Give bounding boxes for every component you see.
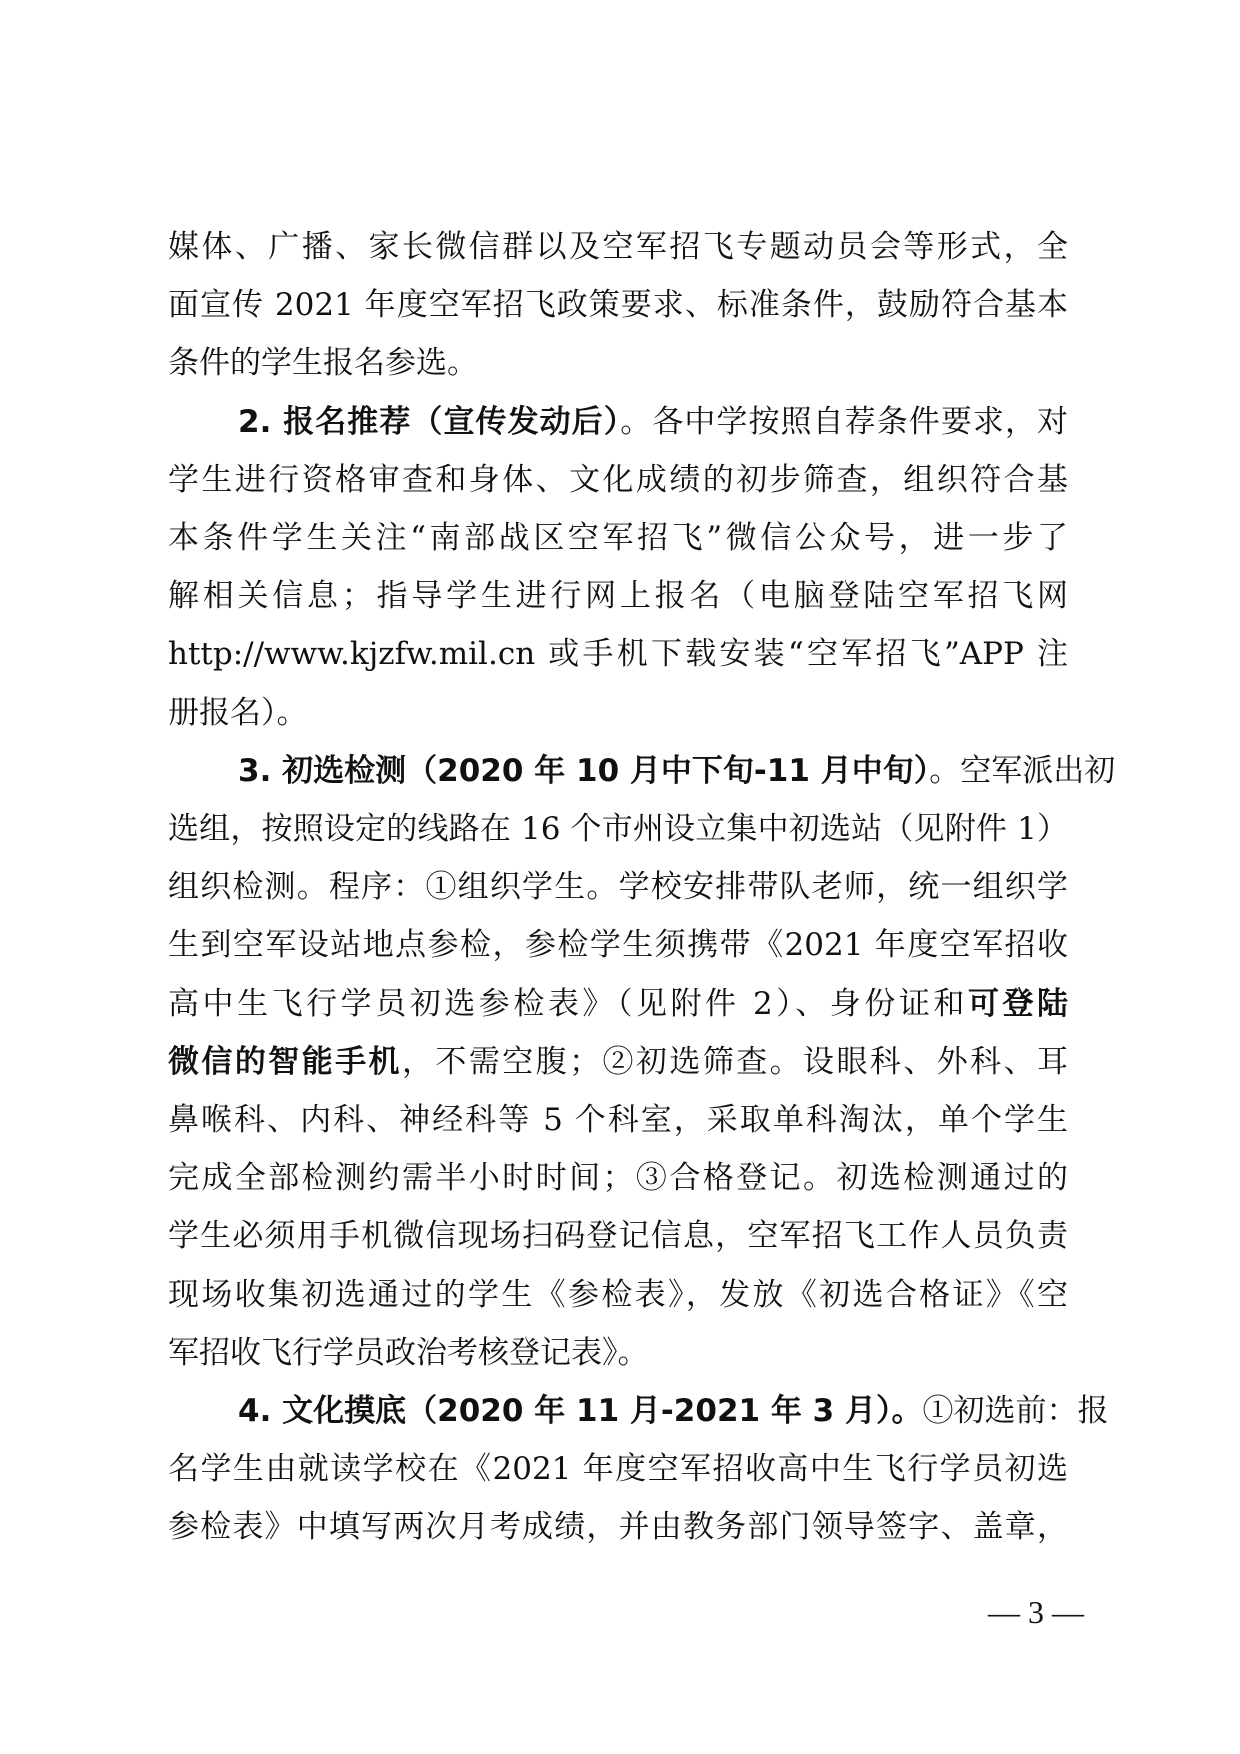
- text-line: 解相关信息；指导学生进行网上报名（电脑登陆空军招飞网: [168, 567, 1068, 625]
- body-text-span: 面宣传 2021 年度空军招飞政策要求、标准条件，鼓励符合基本: [168, 287, 1068, 323]
- paragraph-first-line: 3. 初选检测（2020 年 10 月中下旬-11 月中旬）。空军派出初: [238, 742, 1068, 800]
- text-line: 学生必须用手机微信现场扫码登记信息，空军招飞工作人员负责: [168, 1207, 1068, 1265]
- body-text-span: 高中生飞行学员初选参检表》（见附件 2）、身份证和: [168, 986, 968, 1022]
- body-text-span: 解相关信息；指导学生进行网上报名（电脑登陆空军招飞网: [168, 578, 1068, 614]
- body-text-span: 军招收飞行学员政治考核登记表》。: [168, 1335, 649, 1371]
- body-text-span: 完成全部检测约需半小时时间；③合格登记。初选检测通过的: [168, 1160, 1068, 1196]
- body-text-span: 学生进行资格审查和身体、文化成绩的初步筛查，组织符合基: [168, 462, 1068, 498]
- body-text-span: 名学生由就读学校在《2021 年度空军招收高中生飞行学员初选: [168, 1451, 1068, 1487]
- text-line: http://www.kjzfw.mil.cn 或手机下载安装“空军招飞”APP…: [168, 625, 1068, 683]
- body-text-span: 组织检测。程序：①组织学生。学校安排带队老师，统一组织学: [168, 869, 1068, 905]
- body-text-span: 学生必须用手机微信现场扫码登记信息，空军招飞工作人员负责: [168, 1218, 1068, 1254]
- text-line: 条件的学生报名参选。: [168, 334, 1068, 392]
- text-line: 完成全部检测约需半小时时间；③合格登记。初选检测通过的: [168, 1149, 1068, 1207]
- text-line: 高中生飞行学员初选参检表》（见附件 2）、身份证和可登陆: [168, 975, 1068, 1033]
- text-line: 选组，按照设定的线路在 16 个市州设立集中初选站（见附件 1）: [168, 800, 1068, 858]
- text-line: 媒体、广播、家长微信群以及空军招飞专题动员会等形式，全: [168, 218, 1068, 276]
- body-text-span: 条件的学生报名参选。: [168, 345, 478, 381]
- body-text-span: 鼻喉科、内科、神经科等 5 个科室，采取单科淘汰，单个学生: [168, 1102, 1068, 1138]
- body-text-span: 生到空军设站地点参检，参检学生须携带《2021 年度空军招收: [168, 927, 1068, 963]
- document-page: 媒体、广播、家长微信群以及空军招飞专题动员会等形式，全面宣传 2021 年度空军…: [0, 0, 1240, 1754]
- text-line: 微信的智能手机，不需空腹；②初选筛查。设眼科、外科、耳: [168, 1033, 1068, 1091]
- text-line: 军招收飞行学员政治考核登记表》。: [168, 1324, 1068, 1382]
- body-text-span: 。各中学按照自荐条件要求，对: [620, 404, 1068, 440]
- text-line: 参检表》中填写两次月考成绩，并由教务部门领导签字、盖章，: [168, 1498, 1068, 1556]
- paragraph-first-line: 2. 报名推荐（宣传发动后）。各中学按照自荐条件要求，对: [238, 393, 1068, 451]
- body-text-span: 本条件学生关注“南部战区空军招飞”微信公众号，进一步了: [168, 520, 1068, 556]
- body-text-span: http://www.kjzfw.mil.cn 或手机下载安装“空军招飞”APP…: [168, 636, 1068, 672]
- text-line: 学生进行资格审查和身体、文化成绩的初步筛查，组织符合基: [168, 451, 1068, 509]
- text-line: 本条件学生关注“南部战区空军招飞”微信公众号，进一步了: [168, 509, 1068, 567]
- paragraph-first-line: 4. 文化摸底（2020 年 11 月-2021 年 3 月）。①初选前：报: [238, 1382, 1068, 1440]
- text-line: 组织检测。程序：①组织学生。学校安排带队老师，统一组织学: [168, 858, 1068, 916]
- body-text-span: 现场收集初选通过的学生《参检表》，发放《初选合格证》《空: [168, 1277, 1068, 1313]
- bold-heading-text: 3. 初选检测（2020 年 10 月中下旬-11 月中旬）: [238, 753, 929, 789]
- bold-heading-text: 微信的智能手机: [168, 1044, 402, 1080]
- text-line: 册报名）。: [168, 684, 1068, 742]
- text-line: 面宣传 2021 年度空军招飞政策要求、标准条件，鼓励符合基本: [168, 276, 1068, 334]
- body-text-span: 参检表》中填写两次月考成绩，并由教务部门领导签字、盖章，: [168, 1509, 1068, 1545]
- body-text-span: 。空军派出初: [929, 753, 1115, 789]
- body-text-span: 选组，按照设定的线路在 16 个市州设立集中初选站（见附件 1）: [168, 811, 1068, 847]
- text-line: 鼻喉科、内科、神经科等 5 个科室，采取单科淘汰，单个学生: [168, 1091, 1068, 1149]
- text-line: 现场收集初选通过的学生《参检表》，发放《初选合格证》《空: [168, 1266, 1068, 1324]
- body-text-span: 册报名）。: [168, 695, 308, 731]
- bold-heading-text: 2. 报名推荐（宣传发动后）: [238, 404, 620, 440]
- text-line: 生到空军设站地点参检，参检学生须携带《2021 年度空军招收: [168, 916, 1068, 974]
- body-text-span: ①初选前：报: [923, 1393, 1109, 1429]
- page-number: — 3 —: [980, 1590, 1092, 1634]
- text-line: 名学生由就读学校在《2021 年度空军招收高中生飞行学员初选: [168, 1440, 1068, 1498]
- bold-heading-text: 4. 文化摸底（2020 年 11 月-2021 年 3 月）。: [238, 1393, 923, 1429]
- body-text-span: ，不需空腹；②初选筛查。设眼科、外科、耳: [402, 1044, 1068, 1080]
- bold-heading-text: 可登陆: [968, 986, 1068, 1022]
- body-text-span: 媒体、广播、家长微信群以及空军招飞专题动员会等形式，全: [168, 229, 1068, 265]
